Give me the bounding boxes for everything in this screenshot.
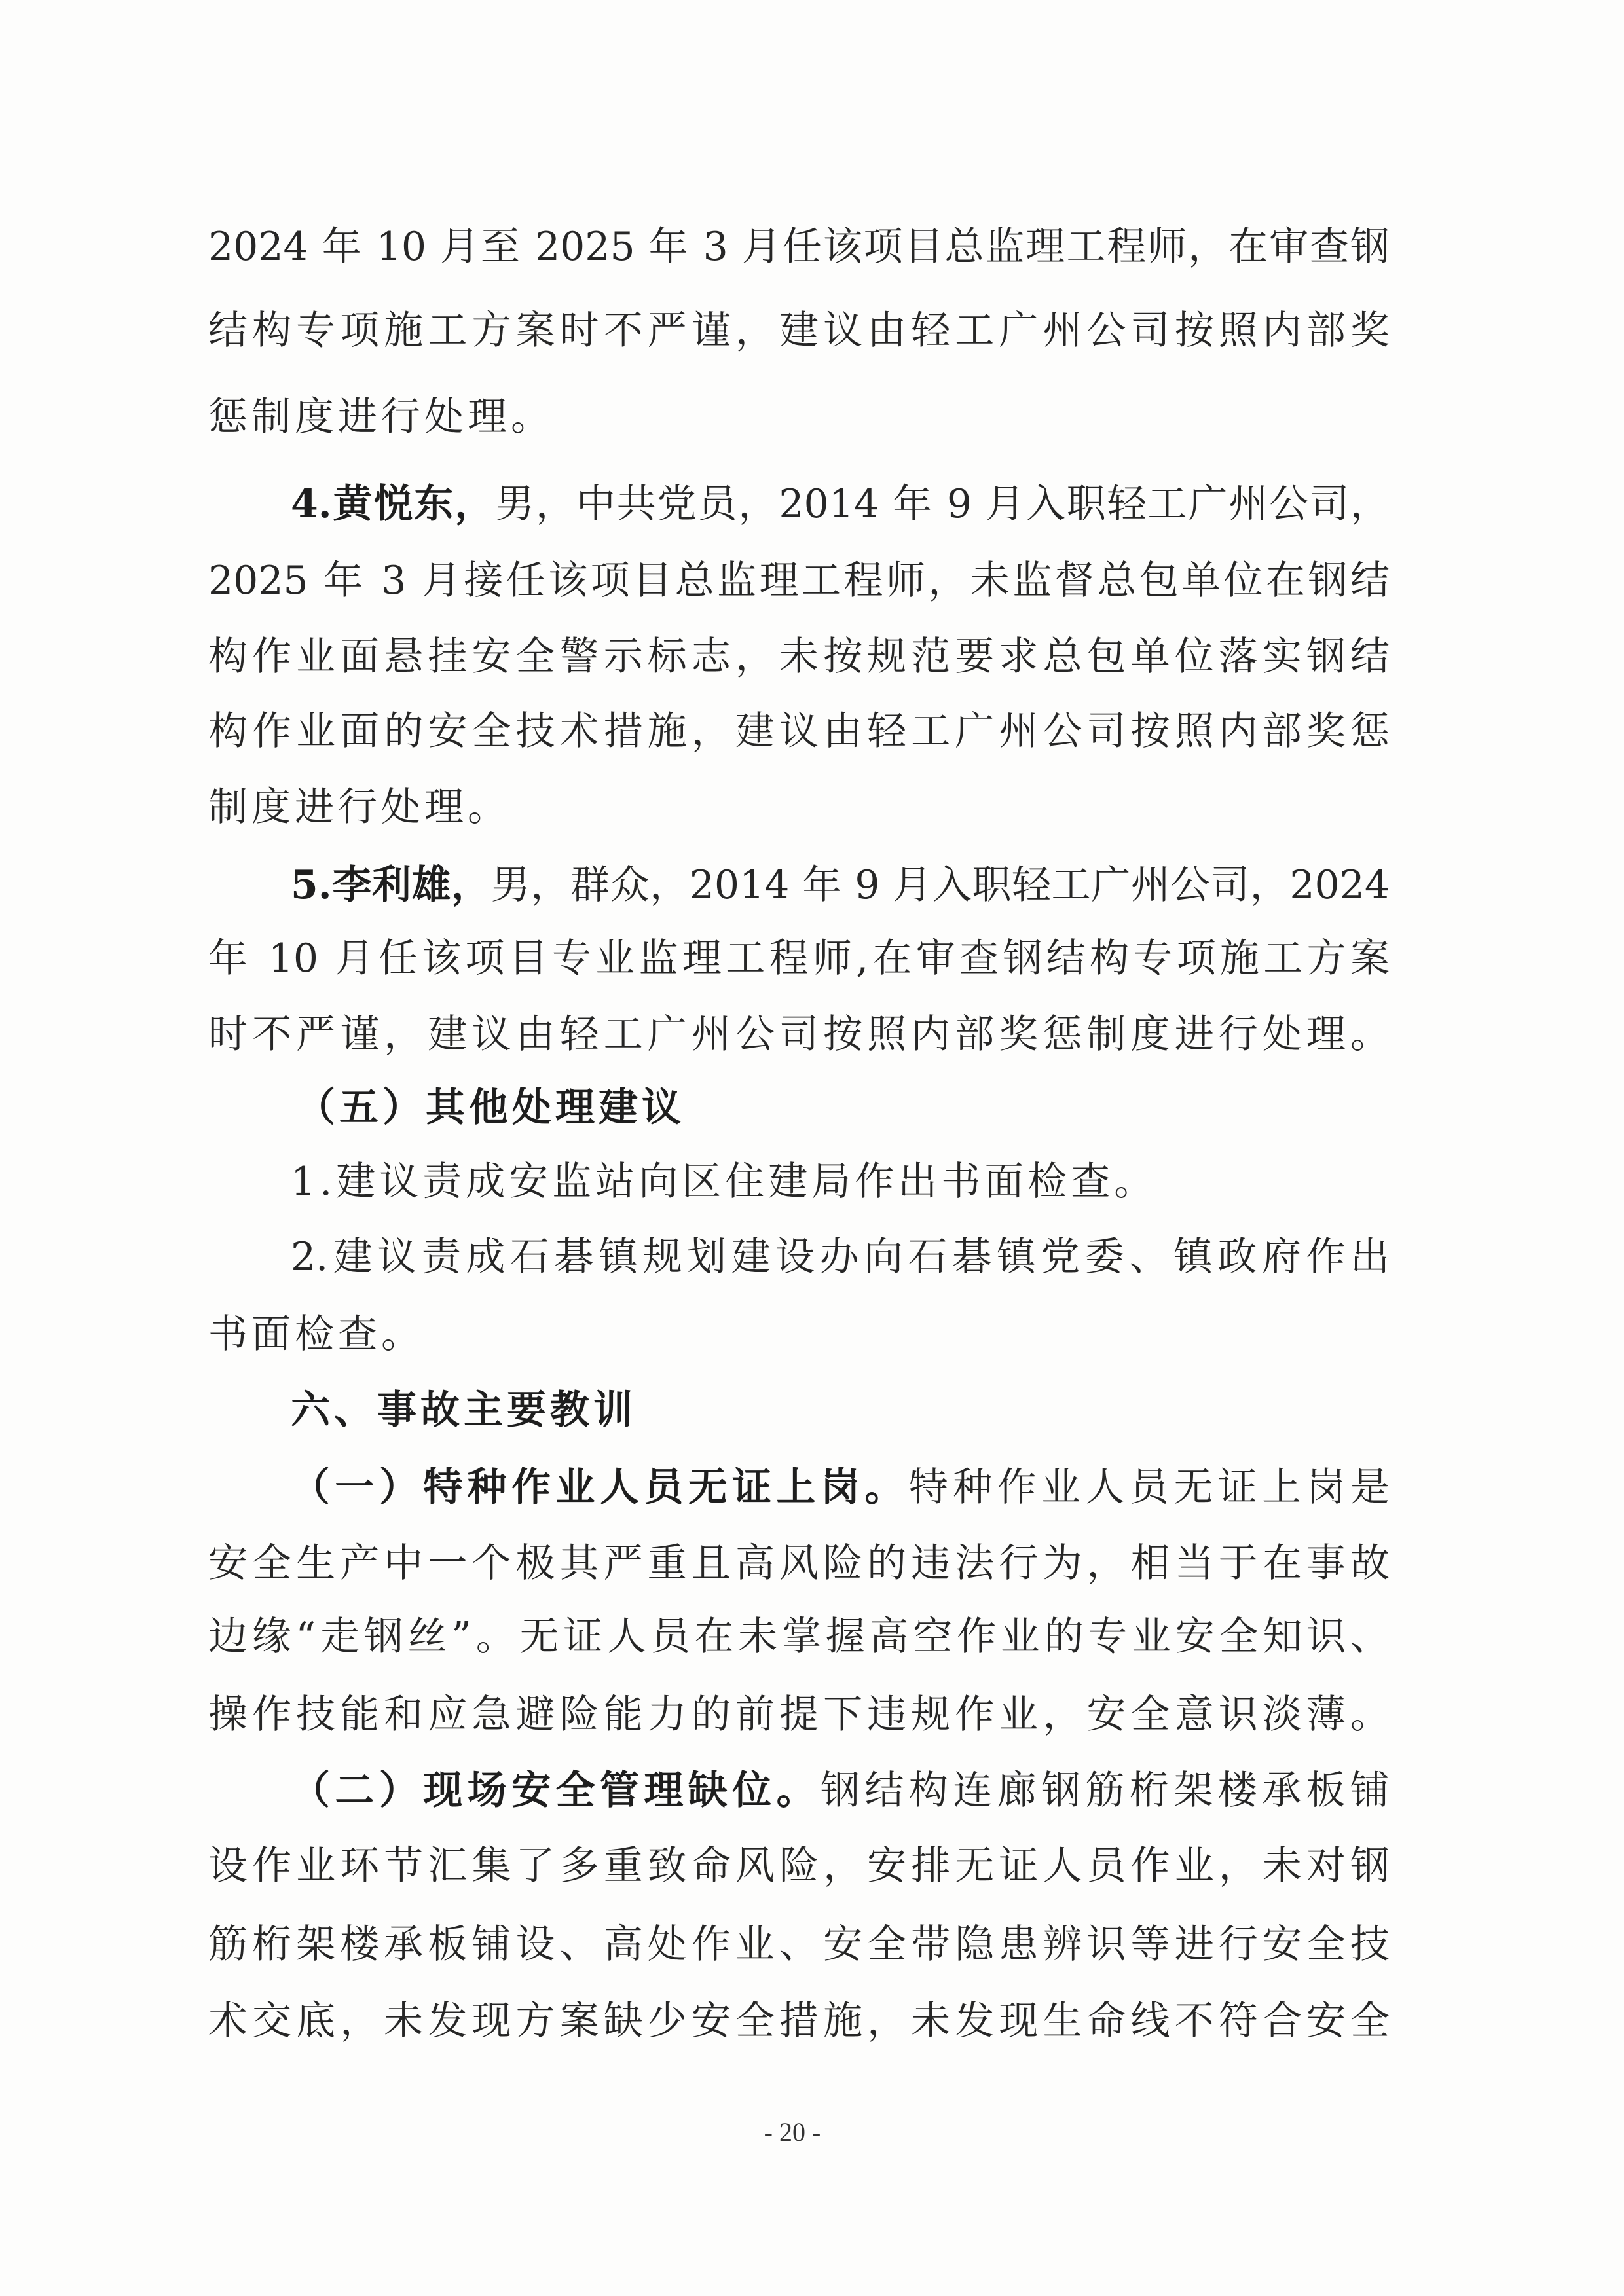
bold-run: 4.黄悦东， [291,481,495,527]
text-run: 操作技能和应急避险能力的前提下违规作业，安全意识淡薄。 [208,1692,1390,1738]
text-run: 惩制度进行处理。 [208,394,554,440]
text-run: 年 10 月任该项目专业监理工程师,在审查钢结构专项施工方案 [208,936,1390,981]
text-line: 惩制度进行处理。 [208,391,1390,443]
text-run: 男，中共党员，2014 年 9 月入职轻工广州公司， [495,481,1390,527]
text-line: 边缘“走钢丝”。无证人员在未掌握高空作业的专业安全知识、 [208,1611,1390,1663]
text-run: 筋桁架楼承板铺设、高处作业、安全带隐患辨识等进行安全技 [208,1922,1390,1967]
document-page: 2024 年 10 月至 2025 年 3 月任该项目总监理工程师，在审查钢结构… [0,0,1624,2296]
text-line: 术交底，未发现方案缺少安全措施，未发现生命线不符合安全 [208,1995,1390,2047]
text-line: 操作技能和应急避险能力的前提下违规作业，安全意识淡薄。 [208,1688,1390,1741]
text-run: 边缘“走钢丝”。无证人员在未掌握高空作业的专业安全知识、 [208,1614,1390,1660]
text-line: 1.建议责成安监站向区住建局作出书面检查。 [291,1156,1390,1208]
text-line: 2024 年 10 月至 2025 年 3 月任该项目总监理工程师，在审查钢 [208,221,1390,273]
text-line: 安全生产中一个极其严重且高风险的违法行为，相当于在事故 [208,1537,1390,1590]
text-run: 安全生产中一个极其严重且高风险的违法行为，相当于在事故 [208,1540,1390,1586]
bold-run: 5.李利雄， [291,862,491,908]
bold-run: （二）现场安全管理缺位。 [291,1768,821,1813]
text-line: 结构专项施工方案时不严谨，建议由轻工广州公司按照内部奖 [208,304,1390,357]
text-line: 5.李利雄，男，群众，2014 年 9 月入职轻工广州公司，2024 [291,859,1390,911]
text-line: 年 10 月任该项目专业监理工程师,在审查钢结构专项施工方案 [208,932,1390,985]
text-run: 构作业面悬挂安全警示标志，未按规范要求总包单位落实钢结 [208,634,1390,680]
text-run: 术交底，未发现方案缺少安全措施，未发现生命线不符合安全 [208,1998,1390,2044]
text-line: 制度进行处理。 [208,781,1390,833]
text-run: 男，群众，2014 年 9 月入职轻工广州公司，2024 [491,862,1390,908]
text-run: 结构专项施工方案时不严谨，建议由轻工广州公司按照内部奖 [208,308,1390,354]
section-heading: （五）其他处理建议 [296,1082,1390,1134]
text-run: 书面检查。 [208,1311,424,1357]
text-run: 设作业环节汇集了多重致命风险，安排无证人员作业，未对钢 [208,1843,1390,1889]
text-run: 构作业面的安全技术措施，建议由轻工广州公司按照内部奖惩 [208,708,1390,754]
bold-run: （一）特种作业人员无证上岗。 [291,1465,909,1510]
page-number: - 20 - [714,2115,871,2150]
text-run: 时不严谨，建议由轻工广州公司按照内部奖惩制度进行处理。 [208,1011,1390,1057]
text-run: 钢结构连廊钢筋桁架楼承板铺 [821,1768,1390,1813]
text-line: 设作业环节汇集了多重致命风险，安排无证人员作业，未对钢 [208,1840,1390,1892]
text-run: 1.建议责成安监站向区住建局作出书面检查。 [291,1159,1157,1205]
text-line: 构作业面的安全技术措施，建议由轻工广州公司按照内部奖惩 [208,705,1390,757]
text-run: 2025 年 3 月接任该项目总监理工程师，未监督总包单位在钢结 [208,558,1390,604]
text-line: 筋桁架楼承板铺设、高处作业、安全带隐患辨识等进行安全技 [208,1918,1390,1971]
bold-run: （五）其他处理建议 [296,1085,685,1131]
text-line: 书面检查。 [208,1308,1390,1360]
text-line: 构作业面悬挂安全警示标志，未按规范要求总包单位落实钢结 [208,630,1390,683]
text-run: 2024 年 10 月至 2025 年 3 月任该项目总监理工程师，在审查钢 [208,224,1390,270]
text-line: 时不严谨，建议由轻工广州公司按照内部奖惩制度进行处理。 [208,1008,1390,1061]
text-run: 特种作业人员无证上岗是 [909,1465,1390,1510]
bold-run: 六、事故主要教训 [291,1387,637,1433]
text-line: （一）特种作业人员无证上岗。特种作业人员无证上岗是 [291,1461,1390,1514]
chapter-heading: 六、事故主要教训 [291,1384,1390,1436]
text-run: 制度进行处理。 [208,784,511,830]
text-line: 2.建议责成石碁镇规划建设办向石碁镇党委、镇政府作出 [291,1231,1390,1283]
text-line: 4.黄悦东，男，中共党员，2014 年 9 月入职轻工广州公司， [291,478,1390,530]
text-line: 2025 年 3 月接任该项目总监理工程师，未监督总包单位在钢结 [208,555,1390,607]
text-line: （二）现场安全管理缺位。钢结构连廊钢筋桁架楼承板铺 [291,1764,1390,1817]
text-run: 2.建议责成石碁镇规划建设办向石碁镇党委、镇政府作出 [291,1234,1390,1280]
